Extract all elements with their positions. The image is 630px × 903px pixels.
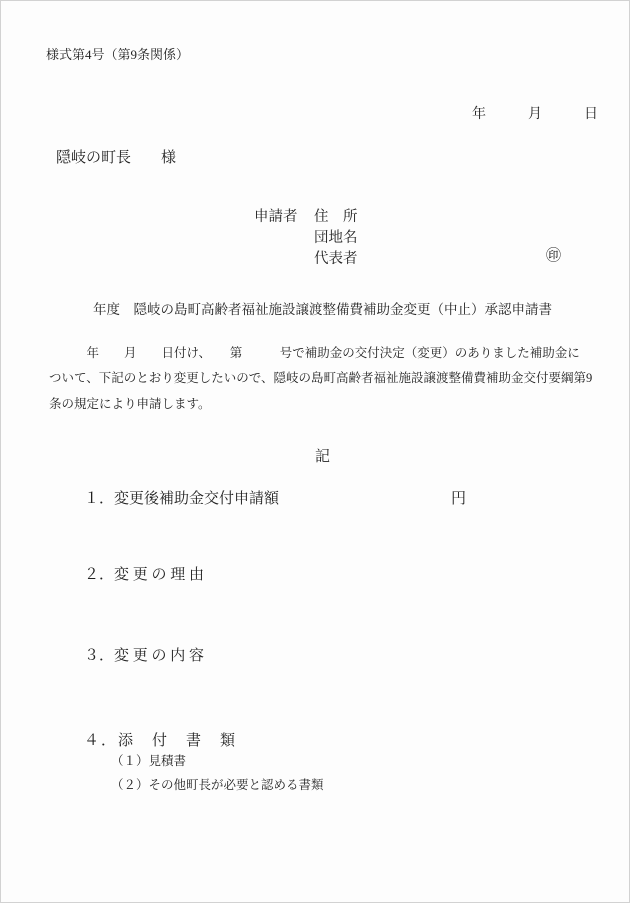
document-page: 様式第4号（第9条関係） 年 月 日 隠岐の町長 様 申請者 住 所 団地名 代… (0, 0, 630, 903)
form-number-label: 様式第4号（第9条関係） (46, 47, 189, 63)
body-paragraph-line-1: 年 月 日付け、 第 号で補助金の交付決定（変更）のありました補助金に (49, 346, 580, 361)
record-heading: 記 (16, 448, 629, 466)
item-2-label: ２．変 更 の 理 由 (84, 566, 204, 584)
seal-mark-icon: ㊞ (546, 247, 561, 265)
item-4-label: ４．添 付 書 類 (84, 732, 237, 750)
body-paragraph-line-2: ついて、下記のとおり変更したいので、隠岐の島町高齢者福祉施設譲渡整備費補助金交付… (49, 371, 592, 386)
document-title: 年度 隠岐の島町高齢者福祉施設譲渡整備費補助金変更（中止）承認申請書 (16, 302, 629, 318)
applicant-group-name-label: 団地名 (314, 230, 358, 247)
item-4-sub-2: （２）その他町長が必要と認める書類 (111, 778, 324, 793)
item-1-label: １．変更後補助金交付申請額 (84, 490, 279, 508)
item-1-yen-unit: 円 (451, 490, 466, 508)
item-4-sub-1: （１）見積書 (111, 754, 186, 769)
item-3-label: ３．変 更 の 内 容 (84, 647, 204, 665)
applicant-representative-label: 代表者 (314, 251, 358, 268)
date-blank-line: 年 月 日 (472, 107, 598, 124)
applicant-address-label: 住 所 (314, 209, 358, 226)
applicant-label: 申請者 (254, 209, 298, 226)
body-paragraph-line-3: 条の規定により申請します。 (49, 397, 211, 412)
addressee-line: 隠岐の町長 様 (56, 149, 176, 167)
